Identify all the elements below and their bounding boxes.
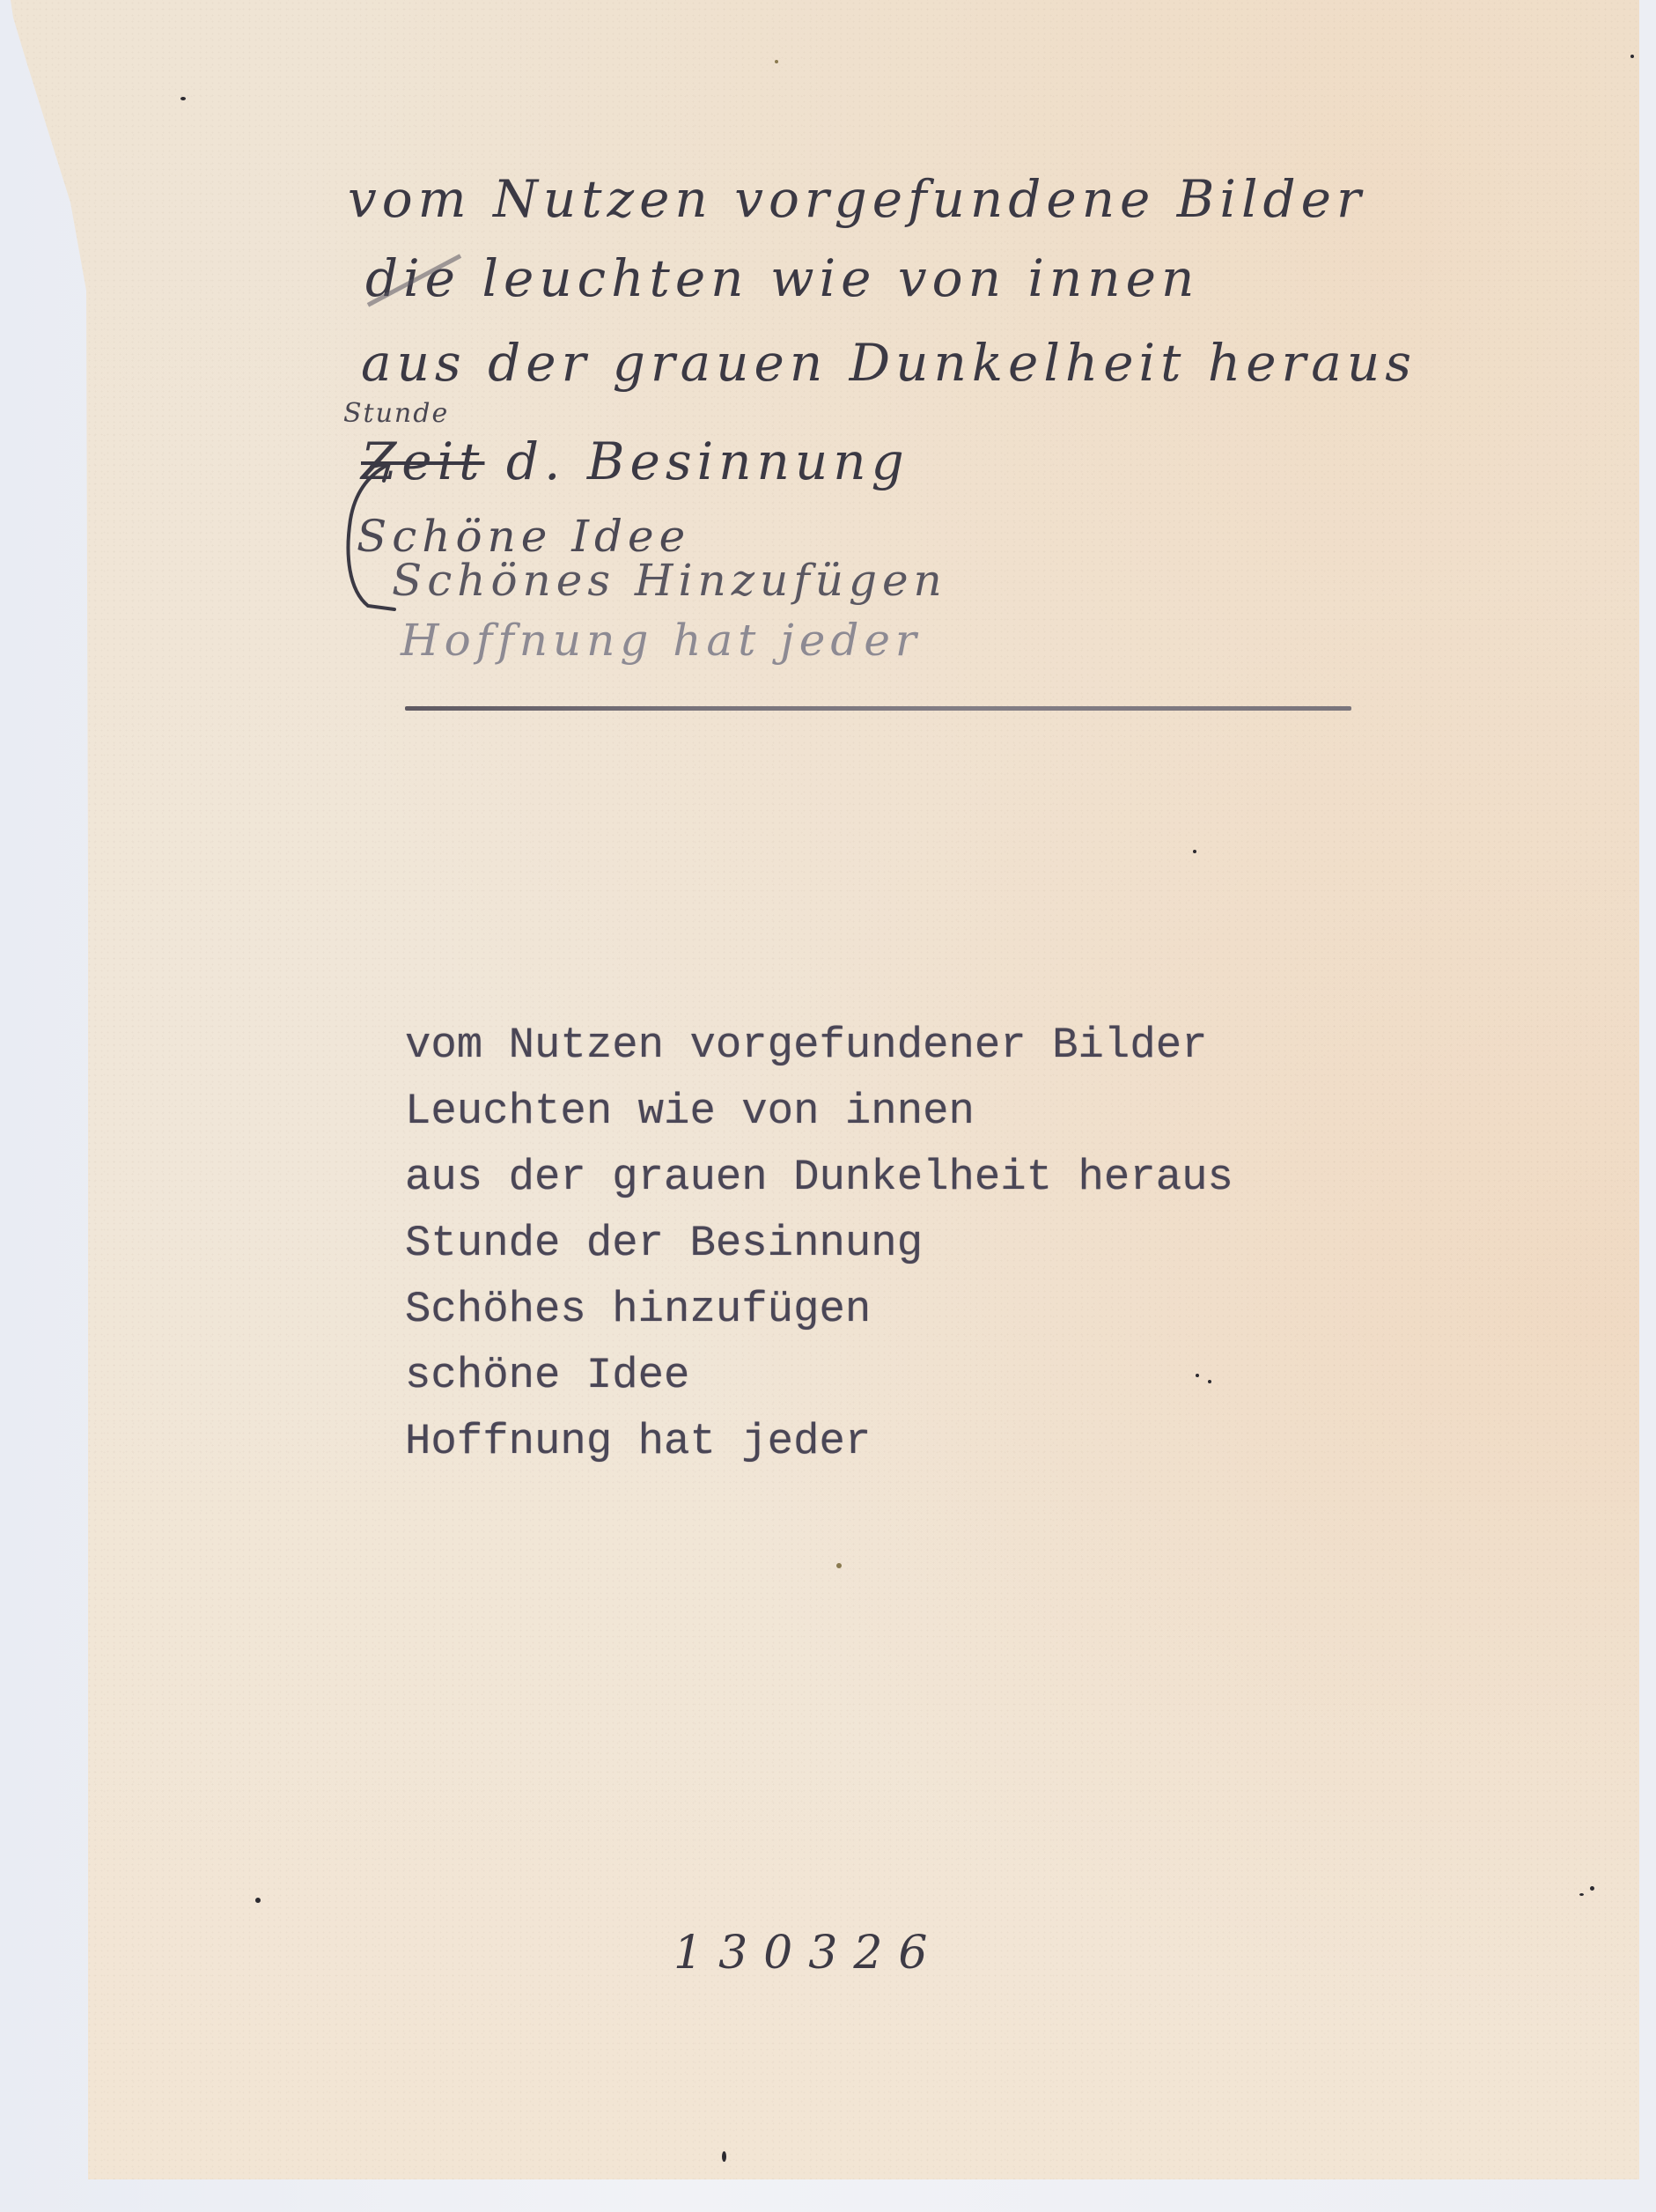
separator-line: [405, 706, 1351, 711]
speck: [180, 97, 186, 100]
speck: [1196, 1374, 1199, 1377]
speck: [722, 2151, 726, 2162]
typed-line-4: Stunde der Besinnung: [405, 1211, 1233, 1277]
speck: [1590, 1886, 1594, 1891]
speck: [255, 1898, 261, 1903]
handwritten-line-4: Zeit d. Besinnung: [361, 431, 909, 491]
typed-poem: vom Nutzen vorgefundener Bilder Leuchten…: [405, 1013, 1233, 1475]
handwritten-line-7-pencil: Hoffnung hat jeder: [401, 615, 922, 666]
handwritten-line-4-text: d. Besinnung: [484, 431, 909, 491]
struck-word-die: die: [365, 248, 460, 308]
speck: [1208, 1380, 1211, 1383]
handwritten-line-3: aus der grauen Dunkelheit heraus: [361, 333, 1417, 393]
typed-line-3: aus der grauen Dunkelheit heraus: [405, 1145, 1233, 1211]
typed-line-1: vom Nutzen vorgefundener Bilder: [405, 1013, 1233, 1079]
handwritten-line-2: die leuchten wie von innen: [365, 248, 1199, 308]
handwritten-line-1: vom Nutzen vorgefundene Bilder: [348, 169, 1366, 229]
manuscript-paper: vom Nutzen vorgefundene Bilder die leuch…: [0, 0, 1639, 2179]
typed-line-6: schöne Idee: [405, 1343, 1233, 1409]
typed-line-2: Leuchten wie von innen: [405, 1079, 1233, 1145]
handwritten-line-2-text: leuchten wie von innen: [460, 248, 1199, 308]
speck: [775, 60, 778, 63]
archive-number: 130326: [673, 1927, 944, 1980]
handwritten-line-6: Schönes Hinzufügen: [392, 555, 947, 606]
speck: [1579, 1893, 1584, 1896]
handwritten-insertion-stunde: Stunde: [343, 398, 449, 429]
speck: [1193, 850, 1196, 853]
typed-line-7: Hoffnung hat jeder: [405, 1409, 1233, 1475]
speck: [836, 1563, 842, 1568]
typed-line-5: Schöhes hinzufügen: [405, 1277, 1233, 1343]
speck: [1630, 55, 1634, 58]
